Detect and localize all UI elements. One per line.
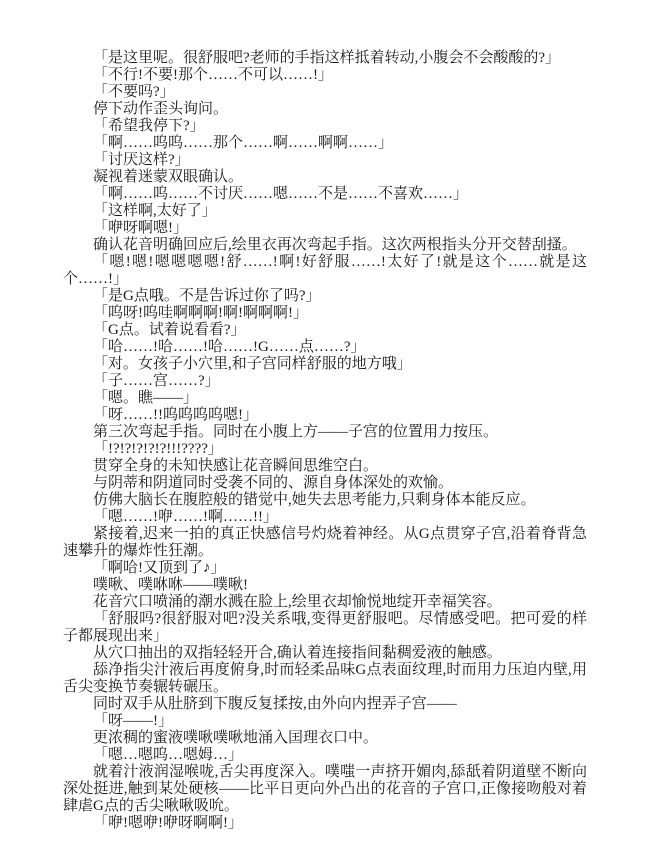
paragraph: 「咿!嗯咿!咿呀啊啊!」 bbox=[63, 815, 587, 832]
paragraph: 「嗯……!咿……!啊……!!」 bbox=[63, 509, 587, 526]
paragraph: 「啊哈!又顶到了♪」 bbox=[63, 560, 587, 577]
paragraph: 「呀——!」 bbox=[63, 713, 587, 730]
paragraph: 从穴口抽出的双指轻轻开合,确认着连接指间黏稠爱液的触感。 bbox=[63, 645, 587, 662]
paragraph: 凝视着迷蒙双眼确认。 bbox=[63, 169, 587, 186]
document-page: 「是这里呢。很舒服吧?老师的手指这样抵着转动,小腹会不会酸酸的?」「不行!不要!… bbox=[0, 0, 650, 850]
paragraph: 「讨厌这样?」 bbox=[63, 152, 587, 169]
paragraph: 花音穴口喷涌的潮水溅在脸上,绘里衣却愉悦地绽开幸福笑容。 bbox=[63, 594, 587, 611]
paragraph: 「希望我停下?」 bbox=[63, 118, 587, 135]
paragraph: 「是G点哦。不是告诉过你了吗?」 bbox=[63, 288, 587, 305]
paragraph: 「嗯!嗯!嗯嗯嗯嗯!舒……!啊!好舒服……!太好了!就是这个……就是这个……!」 bbox=[63, 254, 587, 288]
paragraph: 「咿呀啊嗯!」 bbox=[63, 220, 587, 237]
paragraph: 确认花音明确回应后,绘里衣再次弯起手指。这次两根指头分开交替刮搔。 bbox=[63, 237, 587, 254]
paragraph: 就着汁液润湿喉咙,舌尖再度深入。噗嗤一声挤开媚肉,舔舐着阴道壁不断向深处挺进,触… bbox=[63, 764, 587, 815]
paragraph: 「是这里呢。很舒服吧?老师的手指这样抵着转动,小腹会不会酸酸的?」 bbox=[63, 50, 587, 67]
paragraph: 「呀……!!呜呜呜呜嗯!」 bbox=[63, 407, 587, 424]
paragraph: 仿佛大脑长在腹腔般的错觉中,她失去思考能力,只剩身体本能反应。 bbox=[63, 492, 587, 509]
paragraph: 「对。女孩子小穴里,和子宫同样舒服的地方哦」 bbox=[63, 356, 587, 373]
paragraph: 「子……宫……?」 bbox=[63, 373, 587, 390]
paragraph: 「G点。试着说看看?」 bbox=[63, 322, 587, 339]
paragraph: 「不行!不要!那个……不可以……!」 bbox=[63, 67, 587, 84]
paragraph: 贯穿全身的未知快感让花音瞬间思维空白。 bbox=[63, 458, 587, 475]
paragraph: 「啊……呜呜……那个……啊……啊啊……」 bbox=[63, 135, 587, 152]
paragraph: 第三次弯起手指。同时在小腹上方——子宫的位置用力按压。 bbox=[63, 424, 587, 441]
paragraph: 噗啾、噗咻咻——噗啾! bbox=[63, 577, 587, 594]
paragraph: 「哈……!哈……!哈……!G……点……?」 bbox=[63, 339, 587, 356]
paragraph: 紧接着,迟来一拍的真正快感信号灼烧着神经。从G点贯穿子宫,沿着脊背急速攀升的爆炸… bbox=[63, 526, 587, 560]
paragraph: 「!?!?!?!?!?!!!????」 bbox=[63, 441, 587, 458]
paragraph: 同时双手从肚脐到下腹反复揉按,由外向内捏弄子宫—— bbox=[63, 696, 587, 713]
novel-text: 「是这里呢。很舒服吧?老师的手指这样抵着转动,小腹会不会酸酸的?」「不行!不要!… bbox=[63, 50, 587, 832]
paragraph: 舔净指尖汁液后再度俯身,时而轻柔品味G点表面纹理,时而用力压迫内壁,用舌尖变换节… bbox=[63, 662, 587, 696]
paragraph: 更浓稠的蜜液噗啾噗啾地涌入囯理衣口中。 bbox=[63, 730, 587, 747]
paragraph: 停下动作歪头询问。 bbox=[63, 101, 587, 118]
paragraph: 「啊……呜……不讨厌……嗯……不是……不喜欢……」 bbox=[63, 186, 587, 203]
paragraph: 「呜呀!呜哇啊啊啊!啊!啊啊啊!」 bbox=[63, 305, 587, 322]
paragraph: 「嗯…嗯呜…嗯姆…」 bbox=[63, 747, 587, 764]
paragraph: 「舒服吗?很舒服对吧?没关系哦,变得更舒服吧。尽情感受吧。把可爱的样子都展现出来… bbox=[63, 611, 587, 645]
paragraph: 与阴蒂和阴道同时受袭不同的、源自身体深处的欢愉。 bbox=[63, 475, 587, 492]
paragraph: 「这样啊,太好了」 bbox=[63, 203, 587, 220]
paragraph: 「不要吗?」 bbox=[63, 84, 587, 101]
paragraph: 「嗯。瞧——」 bbox=[63, 390, 587, 407]
